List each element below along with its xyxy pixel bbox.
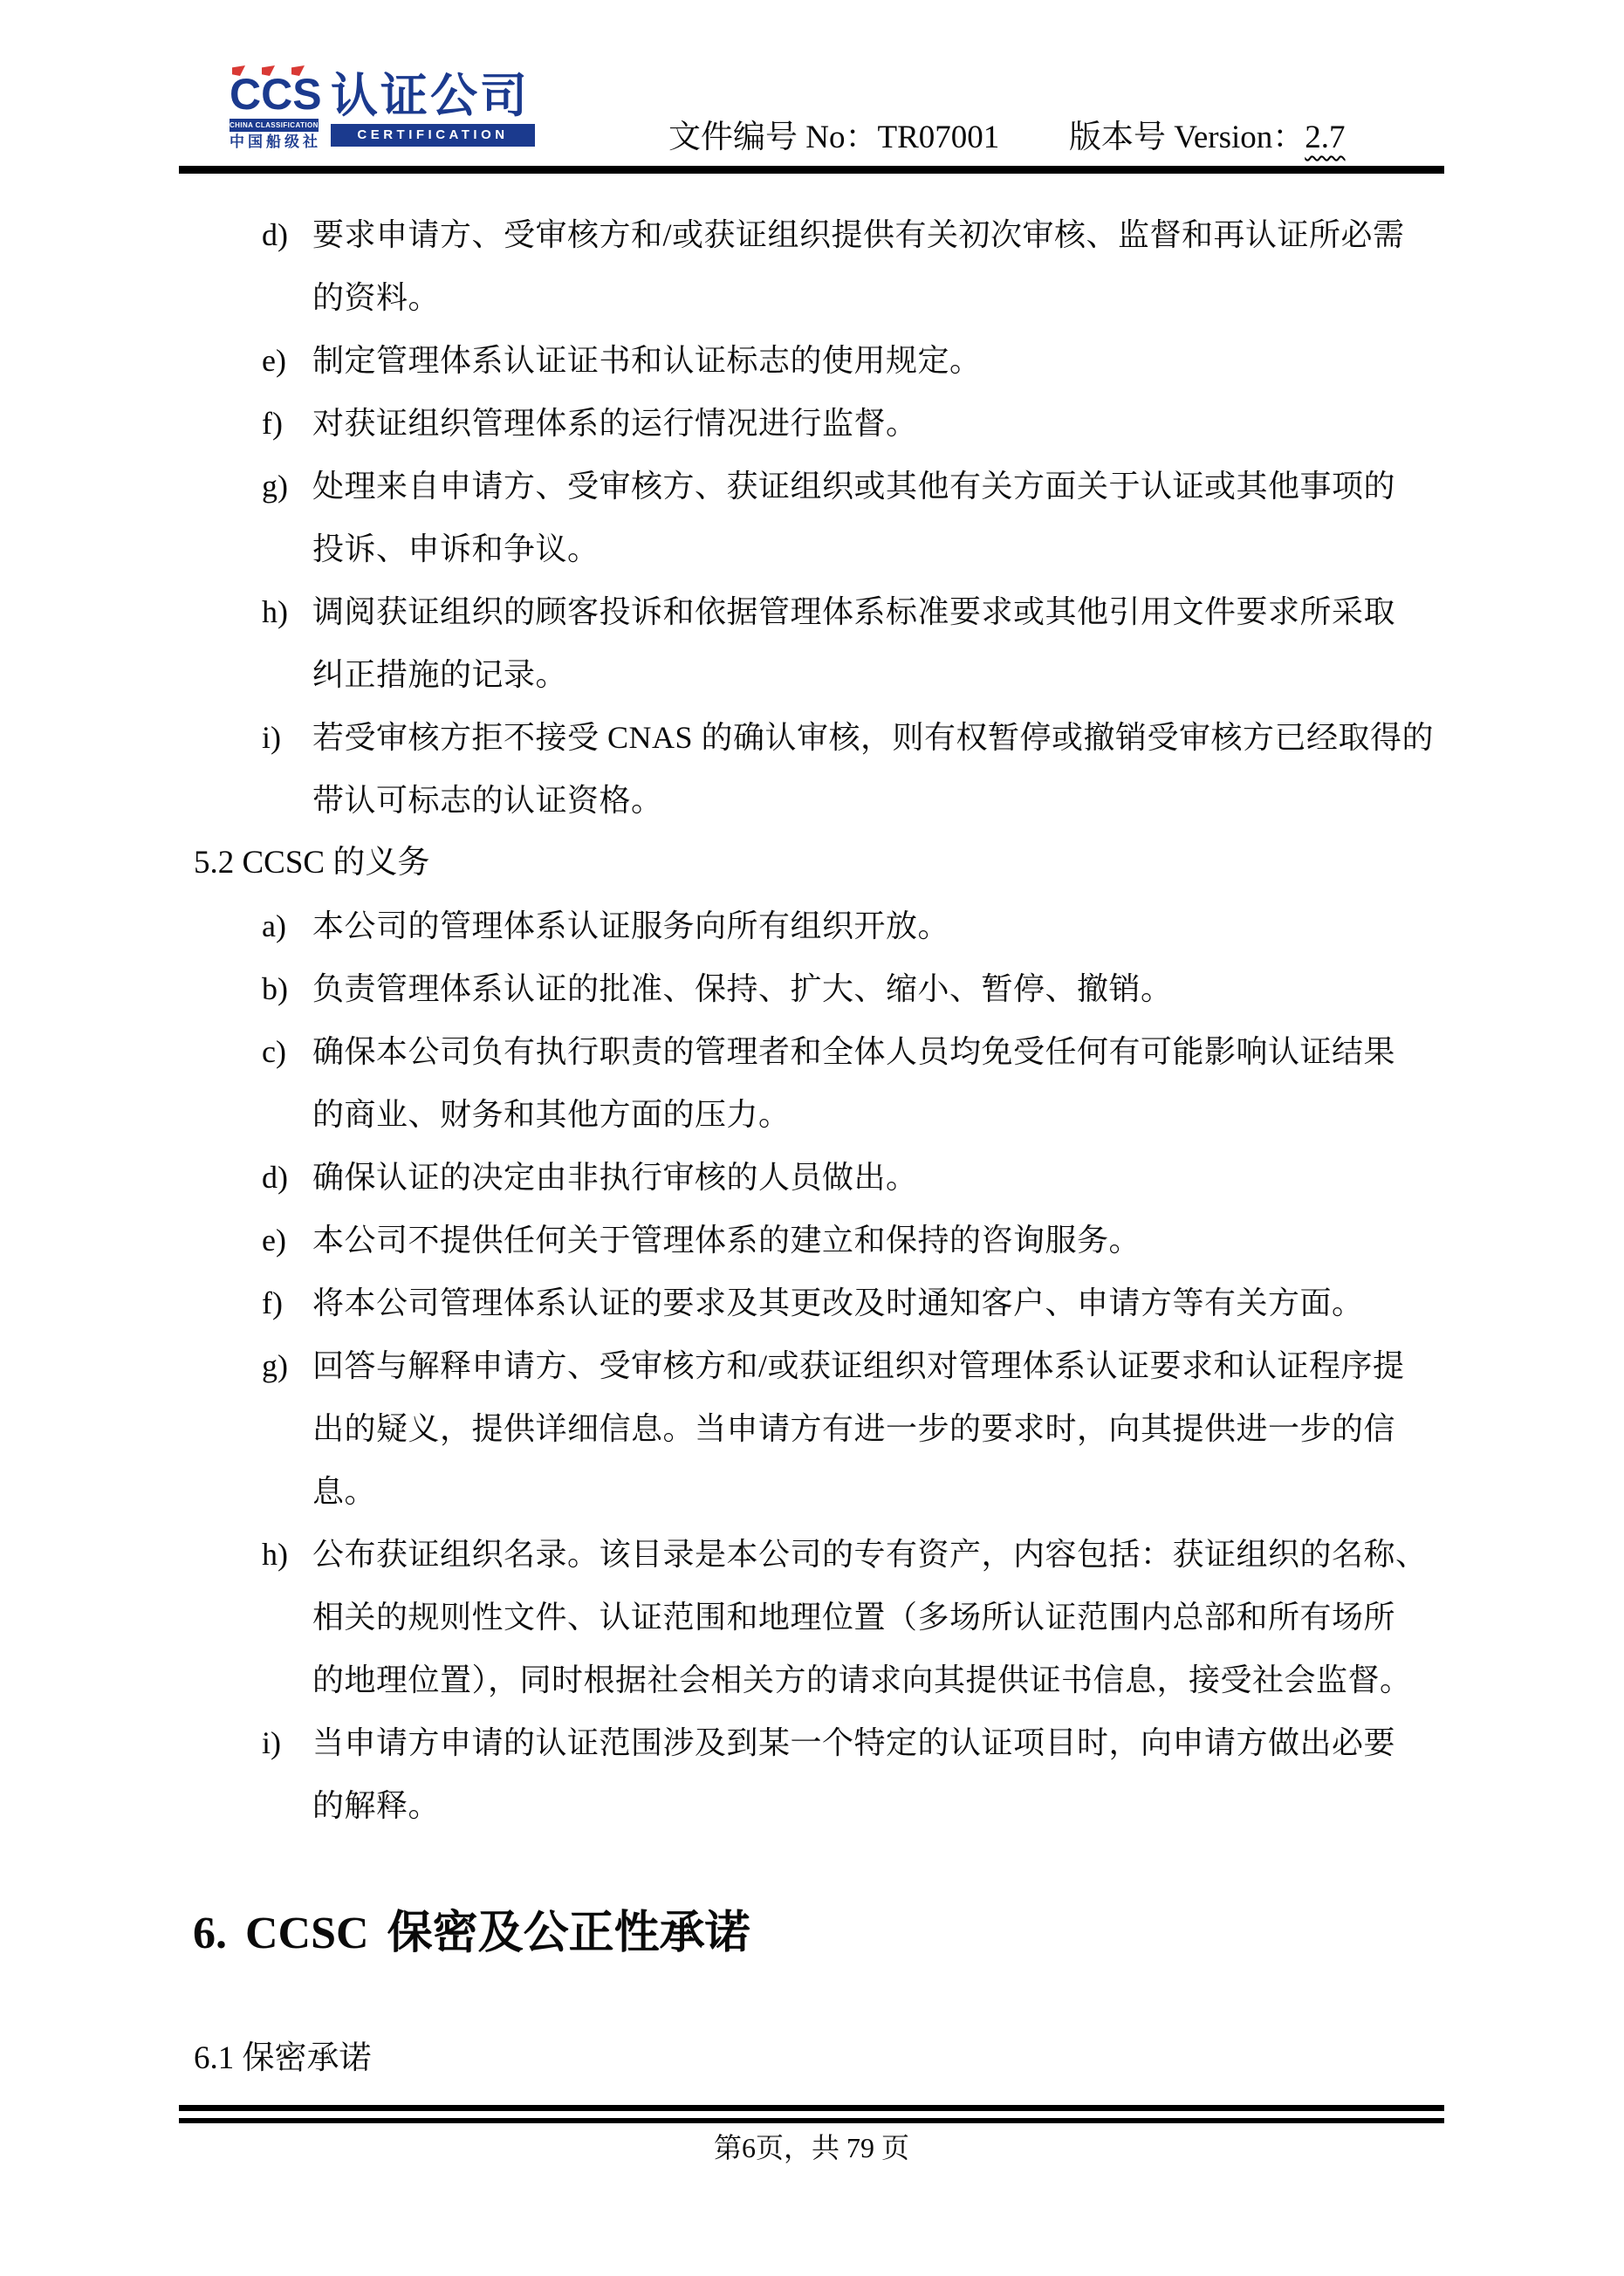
list-item-lines: 回答与解释申请方、受审核方和/或获证组织对管理体系认证要求和认证程序提出的疑义，… [312,1334,1444,1523]
list-item: f)将本公司管理体系认证的要求及其更改及时通知客户、申请方等有关方面。 [180,1272,1444,1334]
header-rule [179,166,1444,174]
text-line: 出的疑义，提供详细信息。当申请方有进一步的要求时，向其提供进一步的信 [312,1397,1444,1460]
document-page: CCS CHINA CLASSIFICATION SOCIETY 中国船级社 认… [0,0,1624,2276]
subsection-heading: 6.1 保密承诺 [194,2027,1444,2090]
page-footer: 第6页，共 79 页 [179,2105,1444,2167]
text-line: 制定管理体系认证证书和认证标志的使用规定。 [312,329,1444,392]
text-line: 调阅获证组织的顾客投诉和依据管理体系标准要求或其他引用文件要求所采取 [312,580,1444,643]
list-item-label: h) [262,580,312,643]
list-item: b)负责管理体系认证的批准、保持、扩大、缩小、暂停、撤销。 [180,957,1444,1020]
certification-chinese: 认证公司 [331,72,535,120]
list-item: e)制定管理体系认证证书和认证标志的使用规定。 [180,329,1444,392]
list-item-label: f) [262,1272,312,1334]
list-item: f)对获证组织管理体系的运行情况进行监督。 [180,392,1444,455]
list-item: c)确保本公司负有执行职责的管理者和全体人员均免受任何有可能影响认证结果的商业、… [180,1020,1444,1146]
text-line: 相关的规则性文件、认证范围和地理位置（多场所认证范围内总部和所有场所 [312,1586,1444,1649]
list-item-label: g) [262,455,312,518]
list-item-label: c) [262,1020,312,1083]
list-item-label: h) [262,1523,312,1586]
text-line: 处理来自申请方、受审核方、获证组织或其他有关方面关于认证或其他事项的 [312,455,1444,518]
list-item: e)本公司不提供任何关于管理体系的建立和保持的咨询服务。 [180,1209,1444,1272]
ccs-letters: CCS [230,70,322,119]
list-item: d)确保认证的决定由非执行审核的人员做出。 [180,1146,1444,1209]
version-prefix: 版本号 Version： [1069,120,1305,155]
footer-rule-top [179,2105,1444,2111]
list-item-lines: 当申请方申请的认证范围涉及到某一个特定的认证项目时，向申请方做出必要的解释。 [312,1711,1444,1837]
page-header: CCS CHINA CLASSIFICATION SOCIETY 中国船级社 认… [0,0,1624,175]
list-item-label: a) [262,895,312,957]
list-item-lines: 若受审核方拒不接受 CNAS 的确认审核，则有权暂停或撤销受审核方已经取得的带认… [312,706,1444,832]
list-item-lines: 制定管理体系认证证书和认证标志的使用规定。 [312,329,1444,392]
text-line: 带认可标志的认证资格。 [312,769,1444,832]
ccs-chinese-name: 中国船级社 [230,134,319,150]
ccs-logo-left: CCS CHINA CLASSIFICATION SOCIETY 中国船级社 [230,72,319,150]
text-line: 的地理位置），同时根据社会相关方的请求向其提供证书信息，接受社会监督。 [312,1649,1444,1711]
list-item-label: i) [262,706,312,769]
list-item-lines: 将本公司管理体系认证的要求及其更改及时通知客户、申请方等有关方面。 [312,1272,1444,1334]
list-item-lines: 对获证组织管理体系的运行情况进行监督。 [312,392,1444,455]
footer-rule-bottom [179,2118,1444,2123]
text-line: 公布获证组织名录。该目录是本公司的专有资产，内容包括：获证组织的名称、 [312,1523,1444,1586]
list-item-lines: 本公司不提供任何关于管理体系的建立和保持的咨询服务。 [312,1209,1444,1272]
text-line: 若受审核方拒不接受 CNAS 的确认审核，则有权暂停或撤销受审核方已经取得的 [312,706,1444,769]
footer-page-indicator: 第6页，共 79 页 [179,2129,1444,2167]
text-line: 当申请方申请的认证范围涉及到某一个特定的认证项目时，向申请方做出必要 [312,1711,1444,1774]
list-item-label: d) [262,203,312,266]
text-line: 负责管理体系认证的批准、保持、扩大、缩小、暂停、撤销。 [312,957,1444,1020]
list-item: i)若受审核方拒不接受 CNAS 的确认审核，则有权暂停或撤销受审核方已经取得的… [180,706,1444,832]
list-item: i)当申请方申请的认证范围涉及到某一个特定的认证项目时，向申请方做出必要的解释。 [180,1711,1444,1837]
list-item-label: f) [262,392,312,455]
list-item: h)公布获证组织名录。该目录是本公司的专有资产，内容包括：获证组织的名称、相关的… [180,1523,1444,1711]
text-line: 息。 [312,1460,1444,1523]
chapter-heading: 6. CCSC 保密及公正性承诺 [193,1895,1444,1973]
list-item-label: i) [262,1711,312,1774]
document-number: 文件编号 No：TR07001 [668,119,999,157]
list-item: g)处理来自申请方、受审核方、获证组织或其他有关方面关于认证或其他事项的投诉、申… [180,455,1444,580]
ccs-society-bar: CHINA CLASSIFICATION SOCIETY [230,119,319,132]
version-label: 版本号 Version：2.7 [1069,119,1346,157]
text-line: 回答与解释申请方、受审核方和/或获证组织对管理体系认证要求和认证程序提 [312,1334,1444,1397]
list-item: a)本公司的管理体系认证服务向所有组织开放。 [180,895,1444,957]
text-line: 的资料。 [312,266,1444,329]
list-item-label: e) [262,1209,312,1272]
section-heading: 5.2 CCSC 的义务 [194,832,1444,895]
list-item-lines: 确保认证的决定由非执行审核的人员做出。 [312,1146,1444,1209]
document-body: d)要求申请方、受审核方和/或获证组织提供有关初次审核、监督和再认证所必需的资料… [180,174,1444,2090]
list-item: d)要求申请方、受审核方和/或获证组织提供有关初次审核、监督和再认证所必需的资料… [180,203,1444,329]
text-line: 本公司不提供任何关于管理体系的建立和保持的咨询服务。 [312,1209,1444,1272]
text-line: 对获证组织管理体系的运行情况进行监督。 [312,392,1444,455]
list-item-lines: 本公司的管理体系认证服务向所有组织开放。 [312,895,1444,957]
text-line: 确保认证的决定由非执行审核的人员做出。 [312,1146,1444,1209]
list-item: h)调阅获证组织的顾客投诉和依据管理体系标准要求或其他引用文件要求所采取纠正措施… [180,580,1444,706]
list-item-lines: 调阅获证组织的顾客投诉和依据管理体系标准要求或其他引用文件要求所采取纠正措施的记… [312,580,1444,706]
text-line: 本公司的管理体系认证服务向所有组织开放。 [312,895,1444,957]
text-line: 的解释。 [312,1774,1444,1837]
list-item-label: g) [262,1334,312,1397]
ccs-logo: CCS CHINA CLASSIFICATION SOCIETY 中国船级社 认… [230,72,535,150]
list-item-lines: 要求申请方、受审核方和/或获证组织提供有关初次审核、监督和再认证所必需的资料。 [312,203,1444,329]
text-line: 投诉、申诉和争议。 [312,518,1444,580]
ccs-logo-right: 认证公司 CERTIFICATION [331,72,535,147]
ccs-wordmark: CCS [230,72,319,117]
list-item-label: b) [262,957,312,1020]
text-line: 确保本公司负有执行职责的管理者和全体人员均免受任何有可能影响认证结果 [312,1020,1444,1083]
list-item-label: e) [262,329,312,392]
list-item-label: d) [262,1146,312,1209]
list-item-lines: 处理来自申请方、受审核方、获证组织或其他有关方面关于认证或其他事项的投诉、申诉和… [312,455,1444,580]
text-line: 要求申请方、受审核方和/或获证组织提供有关初次审核、监督和再认证所必需 [312,203,1444,266]
list-item-lines: 负责管理体系认证的批准、保持、扩大、缩小、暂停、撤销。 [312,957,1444,1020]
text-line: 的商业、财务和其他方面的压力。 [312,1083,1444,1146]
list-item-lines: 确保本公司负有执行职责的管理者和全体人员均免受任何有可能影响认证结果的商业、财务… [312,1020,1444,1146]
version-value: 2.7 [1305,120,1345,155]
text-line: 纠正措施的记录。 [312,643,1444,706]
certification-bar: CERTIFICATION [331,124,535,147]
list-item: g)回答与解释申请方、受审核方和/或获证组织对管理体系认证要求和认证程序提出的疑… [180,1334,1444,1523]
list-item-lines: 公布获证组织名录。该目录是本公司的专有资产，内容包括：获证组织的名称、相关的规则… [312,1523,1444,1711]
text-line: 将本公司管理体系认证的要求及其更改及时通知客户、申请方等有关方面。 [312,1272,1444,1334]
